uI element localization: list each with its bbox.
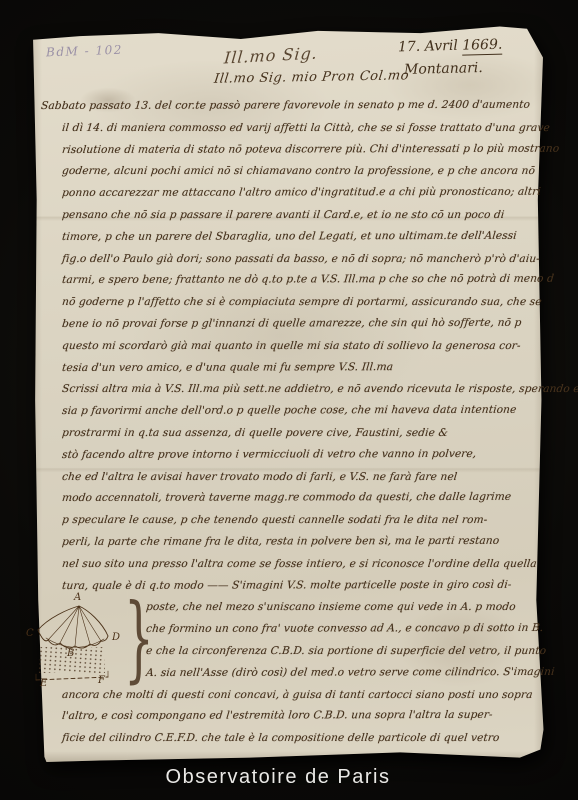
diagram-label-A: A — [73, 592, 81, 603]
manuscript-line: che formino un cono fra' vuote convesso … — [145, 618, 535, 641]
diagram-brace: } — [124, 592, 154, 686]
manuscript-line: questo mi scordarò già mai quanto in que… — [61, 336, 535, 358]
date-year-underlined: 1669. — [462, 37, 503, 56]
manuscript-line: p speculare le cause, p che tenendo ques… — [61, 510, 535, 532]
manuscript-line: perli, la parte che rimane fra le dita, … — [61, 531, 535, 554]
manuscript-line: ficie del cilindro C.E.F.D. che tale è l… — [61, 728, 535, 750]
archive-photo-viewer: BdM - 102 Ill.mo Sig. Ill.mo Sig. mio Pr… — [0, 0, 578, 800]
diagram-label-E: E — [39, 678, 48, 689]
manuscript-line: risolutione di materia di stato nō potev… — [61, 138, 535, 161]
manuscript-line: il dì 14. di maniera commosso ed varij a… — [61, 118, 535, 140]
manuscript-line: poste, che nel mezo s'uniscano insieme c… — [145, 597, 535, 619]
manuscript-line: tarmi, e spero bene; frattanto ne dò q.t… — [61, 269, 535, 292]
manuscript-line: ponno accarezzar me attaccano l'altro am… — [61, 182, 535, 205]
manuscript-line: stò facendo altre prove intorno i vermic… — [61, 444, 535, 467]
manuscript-line: che ed l'altra le avisai haver trovato m… — [61, 467, 535, 489]
manuscript-line: e che la circonferenza C.B.D. sia portio… — [145, 641, 535, 663]
diagram-label-F: F — [97, 675, 106, 686]
diagram-label-B: B — [66, 648, 74, 659]
manuscript-line: goderne, alcuni pochi amici nō si chiama… — [61, 161, 535, 183]
manuscript-line: timore, p che un parere del Sbaraglia, u… — [61, 226, 535, 249]
manuscript-line: tesia d'un vero amico, e d'una quale mi … — [61, 356, 535, 379]
author-name: Montanari. — [404, 60, 483, 78]
manuscript-line: bene io nō provai forse p gl'innanzi di … — [61, 313, 535, 336]
manuscript-line: l'altro, e così compongano ed l'estremit… — [61, 705, 535, 728]
diagram-label-D: D — [111, 632, 120, 643]
manuscript-line: A. sia nell'Asse (dirò così) del med.o v… — [145, 662, 535, 685]
manuscript-line: Scrissi altra mia à V.S. Ill.ma più sett… — [61, 379, 535, 401]
manuscript-line: pensano che nō sia p passare il parere a… — [61, 205, 535, 227]
date-line: 17. Avril 1669. — [398, 37, 503, 56]
manuscript-line: prostrarmi in q.ta sua assenza, di quell… — [61, 423, 535, 445]
date-text: 17. Avril — [398, 38, 463, 56]
manuscript-line: modo accennatoli, troverà taverne magg.r… — [61, 487, 535, 510]
manuscript-line: Sabbato passato 13. del cor.te passò par… — [40, 95, 535, 118]
caption-observatoire-de-paris: Observatoire de Paris — [0, 766, 556, 789]
pencil-shelfmark: BdM - 102 — [46, 43, 123, 60]
diagram-label-C: C — [26, 628, 34, 639]
manuscript-line: sia p favorirmi anche dell'ord.o p quell… — [61, 400, 535, 423]
glass-particle-cone-diagram: A C D B E F — [24, 590, 124, 694]
manuscript-line: nel suo sito una presso l'altra come se … — [61, 554, 535, 576]
manuscript-line: nō goderne p l'affetto che si è compiaci… — [61, 292, 535, 314]
manuscript-line: fig.o dell'o Paulo già dori; sono passat… — [61, 249, 535, 271]
